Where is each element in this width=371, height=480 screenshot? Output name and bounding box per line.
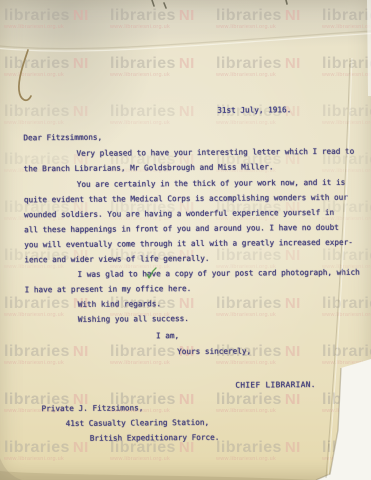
letter-body-line: you will eventually come through it all … <box>24 238 353 251</box>
letter-body-line: Very pleased to have your interesting le… <box>76 147 354 159</box>
letter-body-line: I was glad to have a copy of your post c… <box>77 268 359 280</box>
letter-salutation: Dear Fitzsimmons, <box>23 133 102 144</box>
letter-body-line: quite evident that the Medical Corps is … <box>24 193 348 206</box>
letter-date: 31st July, 1916. <box>217 105 291 116</box>
letter-body-line: You are certainly in the thick of your w… <box>77 178 346 190</box>
letter-success-line: Wishing you all success. <box>78 314 189 325</box>
letter-body-line: all these happenings in front of you and… <box>24 223 339 235</box>
scanned-letter-page: librariesNIwww.librariesni.org.uklibrari… <box>0 0 371 480</box>
recipient-address-line: British Expeditionary Force. <box>90 433 220 444</box>
letter-body-line: ience and wider views of life generally. <box>24 254 209 265</box>
recipient-address-line: Private J. Fitzsimons, <box>41 403 143 414</box>
letter-regards-line: With kind regards. <box>78 299 161 310</box>
recipient-address-line: 41st Casualty Clearing Station, <box>66 418 210 429</box>
letter-signature: CHIEF LIBRARIAN. <box>235 380 316 391</box>
letter-body-line: I have at present in my office here. <box>25 284 192 295</box>
letter-text-block: 31st July, 1916. Dear Fitzsimmons, Very … <box>0 0 371 480</box>
letter-body-line: the Branch Librarians, Mr Goldsbrough an… <box>24 162 274 174</box>
letter-body-line: wounded soldiers. You are having a wonde… <box>24 208 334 220</box>
letter-closing-line: I am, <box>156 331 179 341</box>
letter-closing-line: Yours sincerely, <box>177 346 251 357</box>
